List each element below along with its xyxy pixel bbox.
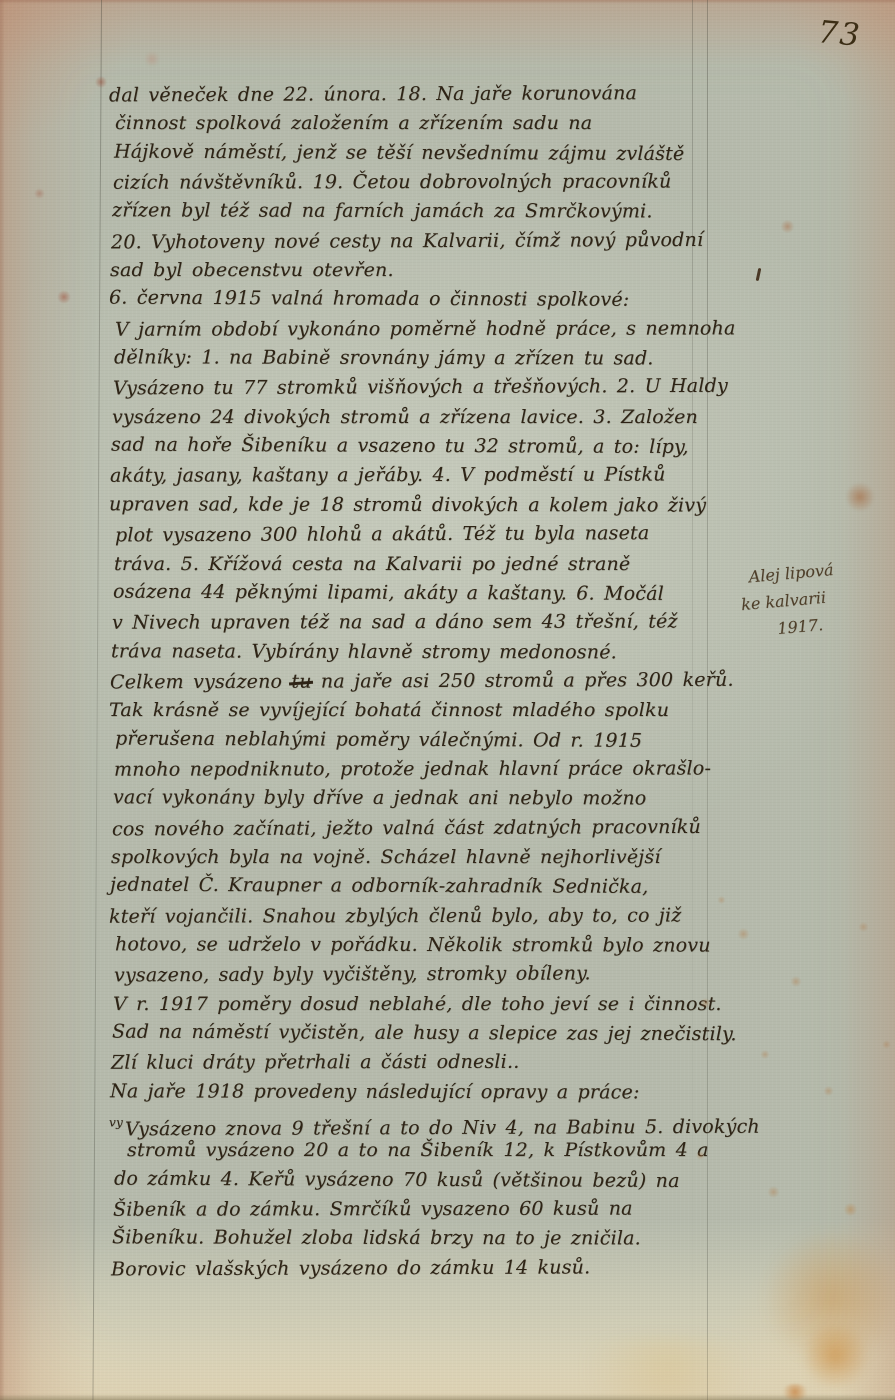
inserted-correction: vy	[109, 1115, 123, 1129]
manuscript-line: tráva. 5. Křížová cesta na Kalvarii po j…	[114, 550, 774, 579]
manuscript-line: tráva naseta. Vybírány hlavně stromy med…	[111, 637, 771, 668]
stain	[843, 1203, 858, 1216]
manuscript-line: stromů vysázeno 20 a to na Šibeník 12, k…	[115, 1136, 775, 1165]
manuscript-line: V r. 1917 poměry dosud neblahé, dle toho…	[113, 990, 773, 1019]
manuscript-line: osázena 44 pěknými lipami, akáty a kašta…	[113, 577, 773, 609]
left-margin-rule	[92, 0, 102, 1400]
manuscript-line: vysázeno 24 divokých stromů a zřízena la…	[112, 403, 772, 432]
manuscript-line: spolkových byla na vojně. Scházel hlavně…	[111, 843, 771, 872]
stain	[823, 1086, 834, 1096]
manuscript-line: Celkem vysázeno tu na jaře asi 250 strom…	[110, 666, 770, 698]
stain	[780, 220, 795, 233]
manuscript-line: hotovo, se udrželo v pořádku. Několik st…	[115, 930, 775, 961]
manuscript-line: 6. června 1915 valná hromada o činnosti …	[109, 284, 769, 316]
manuscript-line: akáty, jasany, kaštany a jeřáby. 4. V po…	[110, 461, 770, 492]
stain	[781, 1384, 809, 1400]
manuscript-line: vysazeno, sady byly vyčištěny, stromky o…	[114, 959, 774, 991]
manuscript-line: Šibeník a do zámku. Smrčíků vysazeno 60 …	[113, 1194, 773, 1225]
manuscript-line: Na jaře 1918 provedeny následující oprav…	[110, 1077, 770, 1108]
manuscript-line: 20. Vyhotoveny nové cesty na Kalvarii, č…	[111, 225, 771, 257]
manuscript-line: plot vysazeno 300 hlohů a akátů. Též tu …	[115, 519, 775, 551]
manuscript-line: sad na hoře Šibeníku a vsazeno tu 32 str…	[111, 431, 771, 463]
manuscript-line: cizích návštěvníků. 19. Četou dobrovolný…	[113, 167, 773, 198]
manuscript-line: Borovic vlašských vysázeno do zámku 14 k…	[111, 1252, 771, 1284]
stain	[95, 76, 107, 88]
manuscript-line: Hájkově náměstí, jenž se těší nevšednímu…	[114, 137, 774, 169]
stain	[858, 922, 869, 932]
manuscript-line: Sad na náměstí vyčistěn, ale husy a slep…	[112, 1018, 772, 1050]
stain	[143, 52, 161, 66]
stain	[57, 290, 71, 304]
manuscript-line: Šibeníku. Bohužel zloba lidská brzy na t…	[112, 1224, 772, 1255]
manuscript-line: V jarním období vykonáno poměrně hodně p…	[115, 314, 775, 345]
stain	[765, 1225, 895, 1370]
manuscript-line: vací vykonány byly dříve a jednak ani ne…	[113, 784, 773, 815]
stain	[845, 482, 875, 512]
manuscript-line: Vysázeno tu 77 stromků višňových a třešň…	[113, 372, 773, 404]
stain	[798, 1325, 873, 1387]
manuscript-line: Tak krásně se vyvíjející bohatá činnost …	[109, 696, 769, 725]
struck-out-word: tu	[291, 670, 311, 692]
manuscript-line: dělníky: 1. na Babině srovnány jámy a zř…	[114, 343, 774, 374]
manuscript-line: dal věneček dne 22. února. 18. Na jaře k…	[109, 79, 769, 111]
manuscript-line: přerušena neblahými poměry válečnými. Od…	[115, 724, 775, 756]
manuscript-line: mnoho nepodniknuto, protože jednak hlavn…	[114, 754, 774, 785]
manuscript-line: jednatel Č. Kraupner a odborník-zahradní…	[110, 871, 770, 903]
manuscript-lines: dal věneček dne 22. února. 18. Na jaře k…	[112, 80, 772, 1283]
manuscript-line: v Nivech upraven též na sad a dáno sem 4…	[112, 607, 772, 638]
margin-note: Alej lipová ke kalvarii 1917.	[738, 556, 840, 645]
manuscript-line: Zlí kluci dráty přetrhali a části odnesl…	[111, 1048, 771, 1079]
manuscript-line: do zámku 4. Keřů vysázeno 70 kusů (větši…	[114, 1164, 774, 1196]
stain	[790, 976, 802, 987]
manuscript-line: upraven sad, kde je 18 stromů divokých a…	[109, 490, 769, 521]
manuscript-line: vyVysázeno znova 9 třešní a to do Niv 4,…	[109, 1106, 769, 1138]
manuscript-line: zřízen byl též sad na farních jamách za …	[112, 197, 772, 228]
manuscript-line: činnost spolková založením a zřízením sa…	[115, 109, 775, 138]
manuscript-line: sad byl obecenstvu otevřen.	[110, 256, 770, 285]
manuscript-line: kteří vojančili. Snahou zbylých členů by…	[109, 901, 769, 932]
page-number: 73	[817, 14, 863, 54]
stain	[882, 1040, 891, 1049]
manuscript-page: 73 dal věneček dne 22. února. 18. Na jař…	[0, 0, 895, 1400]
manuscript-line: cos nového začínati, ježto valná část zd…	[112, 812, 772, 844]
stain	[555, 1338, 780, 1400]
stain	[34, 188, 45, 199]
